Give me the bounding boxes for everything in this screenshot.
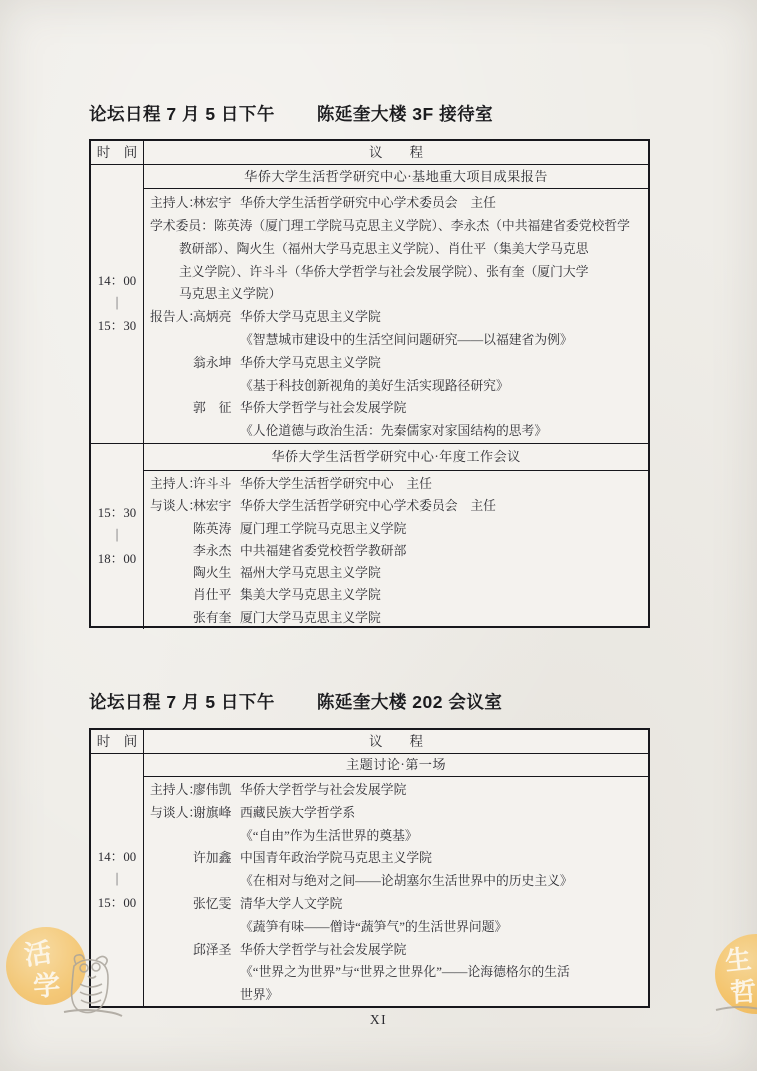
agenda-line: 《“世界之为世界”与“世界之世界化”——论海德格尔的生活	[144, 961, 648, 984]
person-name: 林宏宇	[193, 192, 231, 215]
seal-character: 学	[32, 963, 62, 1004]
affiliation: 华侨大学马克思主义学院	[240, 306, 381, 329]
paper-title: 《智慧城市建设中的生活空间问题研究——以福建省为例》	[240, 329, 573, 352]
person-name: 高炳亮	[193, 306, 231, 329]
affiliation: 华侨大学马克思主义学院	[240, 352, 381, 375]
committee-text: 教研部）、陶火生（福州大学马克思主义学院）、肖仕平（集美大学马克思	[179, 238, 589, 261]
paper-title: 《人伦道德与政治生活：先秦儒家对家国结构的思考》	[240, 420, 547, 443]
committee-text: 主义学院）、许斗斗（华侨大学哲学与社会发展学院）、张有奎（厦门大学	[179, 261, 589, 284]
scanned-schedule-page: { "page": { "number": "XI" }, "titles": …	[0, 0, 757, 1071]
forum-title-date: 论坛日程 7 月 5 日下午	[89, 692, 275, 712]
person-name: 廖伟凯	[193, 779, 231, 802]
affiliation: 集美大学马克思主义学院	[240, 584, 381, 606]
forum-title-date: 论坛日程 7 月 5 日下午	[89, 104, 275, 124]
agenda-line: 学术委员：陈英涛（厦门理工学院马克思主义学院）、李永杰（中共福建省委党校哲学	[144, 215, 648, 238]
agenda-line: 主持人：林宏宇华侨大学生活哲学研究中心学术委员会 主任	[144, 192, 648, 215]
session-row: 15：30 ｜ 18：00 华侨大学生活哲学研究中心·年度工作会议 主持人：许斗…	[91, 444, 648, 629]
person-name: 张忆雯	[193, 893, 231, 916]
session-row: 14：00 ｜ 15：00 主题讨论·第一场 主持人：廖伟凯华侨大学哲学与社会发…	[91, 754, 648, 1007]
table-header-row: 时 间 议 程	[91, 730, 648, 754]
session-content: 主持人：林宏宇华侨大学生活哲学研究中心学术委员会 主任 学术委员：陈英涛（厦门理…	[144, 189, 648, 443]
affiliation: 华侨大学哲学与社会发展学院	[240, 397, 406, 420]
person-name: 李永杰	[193, 540, 231, 562]
person-name: 林宏宇	[193, 495, 231, 517]
session-time: 14：00 ｜ 15：00	[91, 754, 144, 1007]
person-name: 张有奎	[193, 607, 231, 629]
agenda-line: 与谈人：林宏宇华侨大学生活哲学研究中心学术委员会 主任	[144, 495, 648, 517]
time-column-header: 时 间	[91, 730, 144, 753]
agenda-line: 《“自由”作为生活世界的奠基》	[144, 825, 648, 848]
page-number: XI	[0, 1012, 757, 1028]
session-agenda: 华侨大学生活哲学研究中心·基地重大项目成果报告 主持人：林宏宇华侨大学生活哲学研…	[144, 165, 648, 443]
seal-circle	[715, 934, 757, 1014]
affiliation: 华侨大学生活哲学研究中心学术委员会 主任	[240, 495, 496, 517]
time-start: 14：00	[98, 275, 136, 288]
time-start: 15：30	[98, 507, 136, 520]
affiliation: 中共福建省委党校哲学教研部	[240, 540, 406, 562]
life-philosophy-seal-right: 生 哲	[712, 928, 757, 1023]
affiliation: 福州大学马克思主义学院	[240, 562, 381, 584]
agenda-line: 报告人：高炳亮华侨大学马克思主义学院	[144, 306, 648, 329]
seal-character: 生	[723, 939, 753, 979]
session-content: 主持人：许斗斗华侨大学生活哲学研究中心 主任 与谈人：林宏宇华侨大学生活哲学研究…	[144, 471, 648, 629]
agenda-line: 《人伦道德与政治生活：先秦儒家对家国结构的思考》	[144, 420, 648, 443]
person-name: 许加鑫	[193, 847, 231, 870]
committee-text: 马克思主义学院）	[179, 283, 281, 306]
session-agenda: 主题讨论·第一场 主持人：廖伟凯华侨大学哲学与社会发展学院 与谈人：谢旗峰西藏民…	[144, 754, 648, 1007]
agenda-line: 许加鑫中国青年政治学院马克思主义学院	[144, 847, 648, 870]
session-time: 15：30 ｜ 18：00	[91, 444, 144, 629]
forum-title-venue: 陈延奎大楼 202 会议室	[317, 692, 502, 712]
agenda-line: 主持人：廖伟凯华侨大学哲学与社会发展学院	[144, 779, 648, 802]
agenda-line: 郭 征华侨大学哲学与社会发展学院	[144, 397, 648, 420]
time-start: 14：00	[98, 851, 136, 864]
schedule-table-3f: 时 间 议 程 14：00 ｜ 15：30 华侨大学生活哲学研究中心·基地重大项…	[89, 139, 650, 628]
time-separator: ｜	[111, 530, 124, 543]
session-section-title: 华侨大学生活哲学研究中心·基地重大项目成果报告	[144, 165, 648, 189]
person-name: 邱泽圣	[193, 939, 231, 962]
person-name: 谢旗峰	[193, 802, 231, 825]
session-content: 主持人：廖伟凯华侨大学哲学与社会发展学院 与谈人：谢旗峰西藏民族大学哲学系 《“…	[144, 777, 648, 1007]
forum-title-202: 论坛日程 7 月 5 日下午陈延奎大楼 202 会议室	[89, 689, 502, 714]
person-name: 翁永坤	[193, 352, 231, 375]
agenda-line: 陶火生福州大学马克思主义学院	[144, 562, 648, 584]
paper-title: 《基于科技创新视角的美好生活实现路径研究》	[240, 375, 509, 398]
time-separator: ｜	[111, 298, 124, 311]
person-name: 郭 征	[193, 397, 231, 420]
affiliation: 厦门理工学院马克思主义学院	[240, 518, 406, 540]
time-end: 18：00	[98, 553, 136, 566]
affiliation: 华侨大学哲学与社会发展学院	[240, 939, 406, 962]
affiliation: 厦门大学马克思主义学院	[240, 607, 381, 629]
affiliation: 华侨大学哲学与社会发展学院	[240, 779, 406, 802]
time-end: 15：30	[98, 320, 136, 333]
seal-character: 哲	[729, 971, 757, 1009]
agenda-line: 《智慧城市建设中的生活空间问题研究——以福建省为例》	[144, 329, 648, 352]
agenda-column-header: 议 程	[144, 730, 648, 753]
agenda-line: 邱泽圣华侨大学哲学与社会发展学院	[144, 939, 648, 962]
agenda-line: 《在相对与绝对之间——论胡塞尔生活世界中的历史主义》	[144, 870, 648, 893]
agenda-line: 马克思主义学院）	[144, 283, 648, 306]
agenda-column-header: 议 程	[144, 141, 648, 164]
affiliation: 华侨大学生活哲学研究中心 主任	[240, 473, 432, 495]
paper-title: 《蔬笋有味——僧诗“蔬笋气”的生活世界问题》	[240, 916, 507, 939]
person-name: 陶火生	[193, 562, 231, 584]
affiliation: 清华大学人文学院	[240, 893, 342, 916]
agenda-line: 《基于科技创新视角的美好生活实现路径研究》	[144, 375, 648, 398]
table-header-row: 时 间 议 程	[91, 141, 648, 165]
affiliation: 华侨大学生活哲学研究中心学术委员会 主任	[240, 192, 496, 215]
time-separator: ｜	[111, 874, 124, 887]
person-name: 许斗斗	[193, 473, 231, 495]
agenda-line: 李永杰中共福建省委党校哲学教研部	[144, 540, 648, 562]
paper-title: 《“自由”作为生活世界的奠基》	[240, 825, 418, 848]
committee-text: 学术委员：陈英涛（厦门理工学院马克思主义学院）、李永杰（中共福建省委党校哲学	[150, 215, 630, 238]
paper-title-wrap: 世界》	[240, 984, 278, 1007]
agenda-line: 张忆雯清华大学人文学院	[144, 893, 648, 916]
paper-title: 《在相对与绝对之间——论胡塞尔生活世界中的历史主义》	[240, 870, 573, 893]
agenda-line: 与谈人：谢旗峰西藏民族大学哲学系	[144, 802, 648, 825]
time-end: 15：00	[98, 897, 136, 910]
session-agenda: 华侨大学生活哲学研究中心·年度工作会议 主持人：许斗斗华侨大学生活哲学研究中心 …	[144, 444, 648, 629]
agenda-line: 主义学院）、许斗斗（华侨大学哲学与社会发展学院）、张有奎（厦门大学	[144, 261, 648, 284]
seal-circle	[6, 927, 86, 1005]
agenda-line: 《蔬笋有味——僧诗“蔬笋气”的生活世界问题》	[144, 916, 648, 939]
affiliation: 中国青年政治学院马克思主义学院	[240, 847, 432, 870]
session-time: 14：00 ｜ 15：30	[91, 165, 144, 443]
forum-title-3f: 论坛日程 7 月 5 日下午陈延奎大楼 3F 接待室	[89, 101, 493, 126]
agenda-line: 世界》	[144, 984, 648, 1007]
agenda-line: 陈英涛厦门理工学院马克思主义学院	[144, 518, 648, 540]
affiliation: 西藏民族大学哲学系	[240, 802, 355, 825]
time-column-header: 时 间	[91, 141, 144, 164]
person-name: 肖仕平	[193, 584, 231, 606]
forum-title-venue: 陈延奎大楼 3F 接待室	[317, 104, 493, 124]
agenda-line: 肖仕平集美大学马克思主义学院	[144, 584, 648, 606]
person-name: 陈英涛	[193, 518, 231, 540]
agenda-line: 张有奎厦门大学马克思主义学院	[144, 607, 648, 629]
paper-title: 《“世界之为世界”与“世界之世界化”——论海德格尔的生活	[240, 961, 570, 984]
agenda-line: 教研部）、陶火生（福州大学马克思主义学院）、肖仕平（集美大学马克思	[144, 238, 648, 261]
schedule-table-202: 时 间 议 程 14：00 ｜ 15：00 主题讨论·第一场 主持人：廖伟凯华侨…	[89, 728, 650, 1008]
seal-character: 活	[21, 930, 53, 972]
agenda-line: 翁永坤华侨大学马克思主义学院	[144, 352, 648, 375]
agenda-line: 主持人：许斗斗华侨大学生活哲学研究中心 主任	[144, 473, 648, 495]
session-section-title: 华侨大学生活哲学研究中心·年度工作会议	[144, 444, 648, 471]
session-section-title: 主题讨论·第一场	[144, 754, 648, 777]
session-row: 14：00 ｜ 15：30 华侨大学生活哲学研究中心·基地重大项目成果报告 主持…	[91, 165, 648, 444]
